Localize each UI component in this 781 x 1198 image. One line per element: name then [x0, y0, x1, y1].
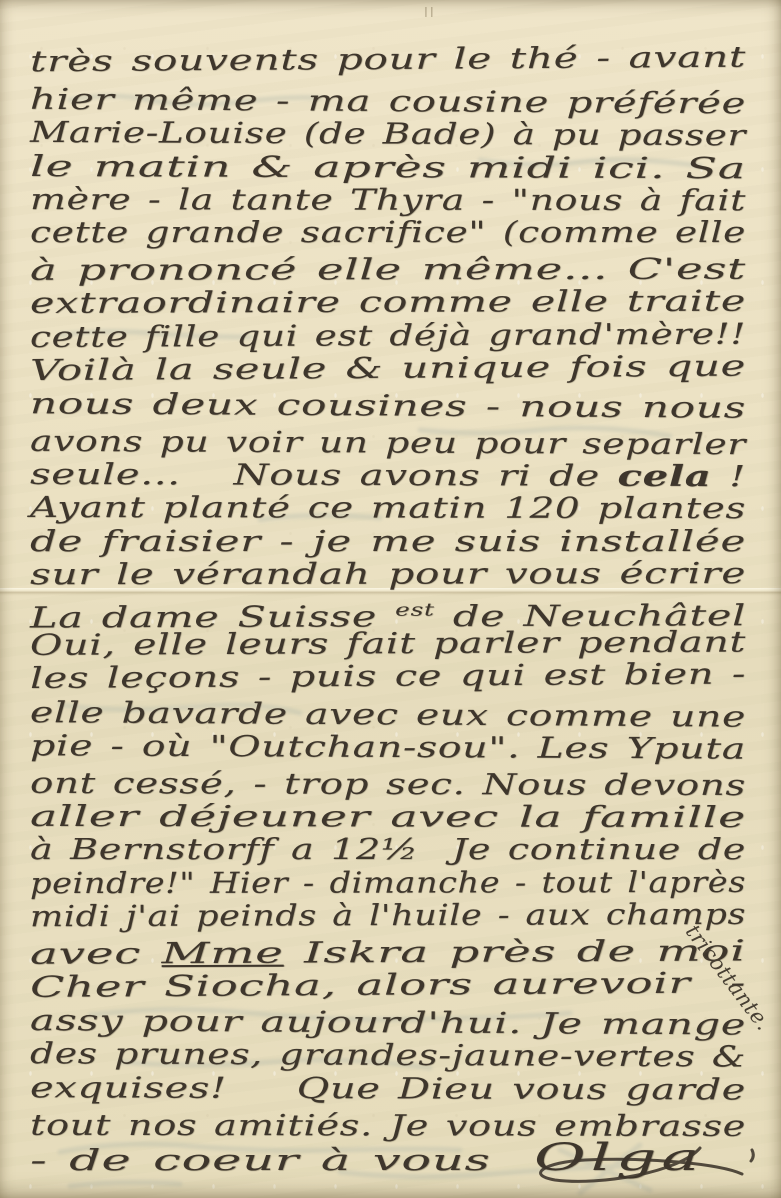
letter-segment-underline: Mme	[162, 935, 284, 970]
letter-line: La dame Suisse est de Neuchâtel	[30, 593, 752, 627]
letter-line: midi j'ai peinds à l'huile - aux champs	[30, 901, 752, 935]
letter-line: nous deux cousines - nous nous	[30, 388, 752, 422]
letter-segment-sup: est	[395, 601, 435, 621]
letter-line: avec Mme Iskra près de moi	[30, 935, 752, 969]
letter-line: tout nos amitiés. Je vous embrasse	[30, 1106, 752, 1140]
letter-line: assy pour aujourd'hui. Je mange	[30, 1003, 752, 1037]
letter-line: Ayant planté ce matin 120 plantes	[30, 490, 752, 524]
letter-line: elle bavarde avec eux comme une	[30, 696, 752, 730]
letter-line: très souvents pour le thé - avant	[30, 46, 752, 80]
letter-page: II très souvents pour le thé - avanthier…	[0, 0, 781, 1198]
letter-segment: avec	[30, 936, 162, 971]
letter-line: seule... Nous avons ri de cela !	[30, 456, 752, 490]
letter-line: les leçons - puis ce qui est bien -	[30, 661, 752, 695]
letter-line: Cher Siocha, alors aurevoir -	[30, 969, 752, 1003]
letter-line: mère - la tante Thyra - "nous à fait	[30, 183, 752, 217]
letter-line: extraordinaire comme elle traite	[30, 285, 752, 319]
letter-line: exquises! Que Dieu vous garde	[30, 1072, 752, 1106]
letter-line: le matin & après midi ici. Sa	[30, 149, 752, 183]
letter-line: Marie-Louise (de Bade) à pu passer	[30, 114, 752, 148]
letter-line: à Bernstorff a 12½ Je continue de	[30, 832, 752, 866]
letter-line: avons pu voir un peu pour separler	[30, 422, 752, 456]
letter-segment-bold: cela	[617, 459, 711, 493]
letter-line: ont cessé, - trop sec. Nous devons	[30, 764, 752, 798]
letter-line: pie - où "Outchan-sou". Les Yputa	[30, 730, 752, 764]
letter-line: peindre!" Hier - dimanche - tout l'après	[30, 867, 752, 901]
letter-segment: !	[711, 459, 746, 493]
letter-line: de fraisier - je me suis installée	[30, 525, 752, 559]
letter-lines: très souvents pour le thé - avanthier mê…	[30, 46, 752, 1174]
letter-line: cette grande sacrifice" (comme elle	[30, 217, 752, 251]
letter-line: hier même - ma cousine préférée	[30, 80, 752, 114]
letter-segment: Iskra près de moi	[284, 933, 747, 969]
embossed-mark: II	[424, 6, 436, 21]
letter-line: à prononcé elle même... C'est	[30, 251, 752, 285]
letter-segment: - de coeur à vous	[30, 1143, 534, 1177]
letter-line: sur le vérandah pour vous écrire	[30, 559, 752, 593]
letter-segment: seule... Nous avons ri de	[30, 457, 618, 493]
letter-line: Voilà la seule & unique fois que	[30, 354, 752, 388]
letter-segment-signature: Olga	[534, 1136, 704, 1179]
letter-line: - de coeur à vous Olga	[30, 1140, 752, 1174]
letter-line: aller déjeuner avec la famille	[30, 798, 752, 832]
letter-line: des prunes, grandes-jaune-vertes &	[30, 1037, 752, 1071]
